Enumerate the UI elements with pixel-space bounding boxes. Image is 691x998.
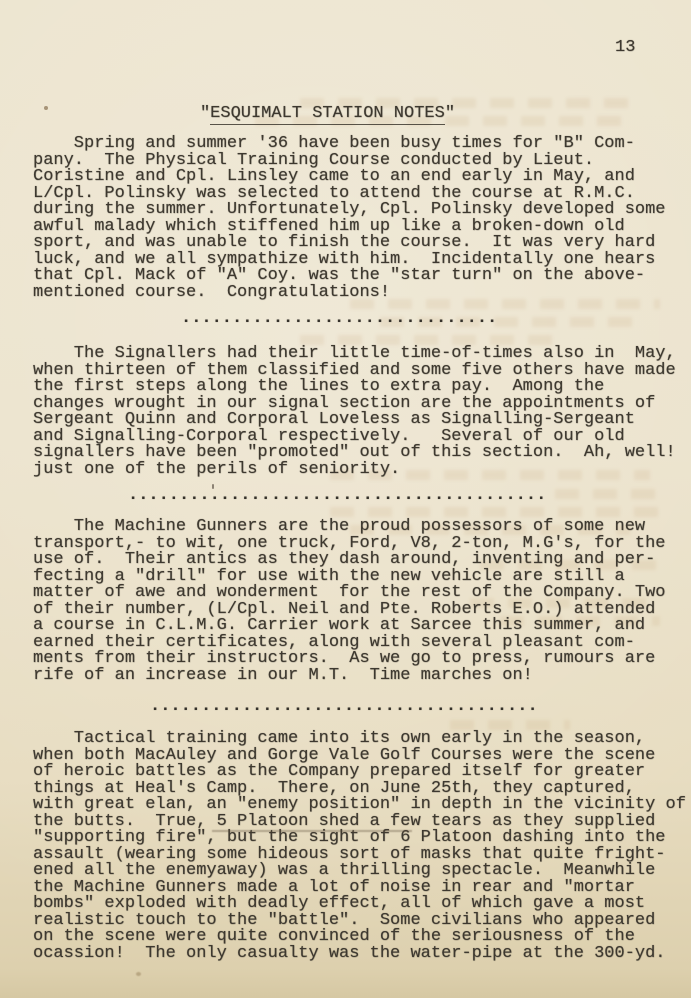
- bleed-through-text: [555, 489, 660, 499]
- dotted-separator: ...............................: [181, 311, 497, 328]
- bleed-through-text: [330, 507, 660, 517]
- title-open-quote: ": [200, 104, 210, 123]
- paragraph-tactical-training: Tactical training came into its own earl…: [33, 731, 686, 962]
- title-text: ESQUIMALT STATION NOTES: [210, 104, 445, 125]
- page-number: 13: [615, 40, 635, 57]
- paper-speck: [136, 972, 141, 976]
- dotted-separator: ........................................…: [128, 488, 546, 505]
- title-close-quote: ": [445, 104, 455, 123]
- paragraph-signallers: The Signallers had their little time-of-…: [33, 346, 676, 478]
- scanned-document-page: 13 "ESQUIMALT STATION NOTES" Spring and …: [0, 0, 691, 998]
- paragraph-machine-gunners: The Machine Gunners are the proud posses…: [33, 519, 666, 684]
- paragraph-company-intro: Spring and summer '36 have been busy tim…: [33, 136, 666, 301]
- page-title: "ESQUIMALT STATION NOTES": [0, 106, 673, 123]
- dotted-separator: ......................................: [150, 699, 538, 716]
